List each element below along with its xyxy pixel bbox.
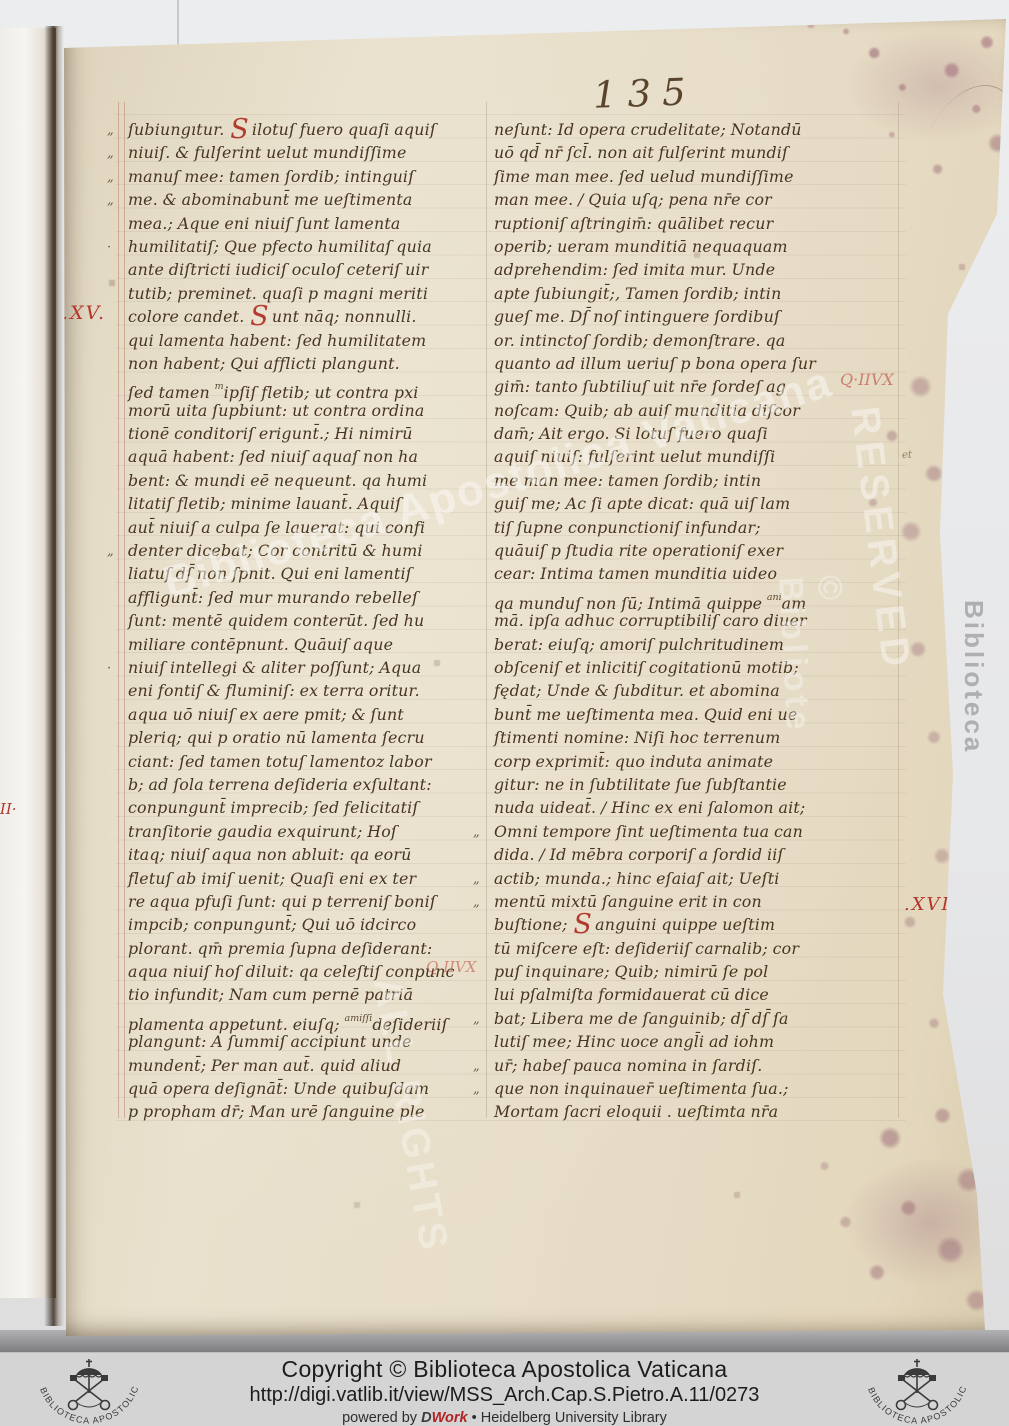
powered-suffix: Heidelberg University Library <box>481 1410 667 1426</box>
citation-mark: „ <box>107 119 114 142</box>
manuscript-line: apte ſubiungit̄;, Tamen ſordib; intin <box>494 282 914 305</box>
manuscript-line: ·humilitatiſ; Que pfecto humilitaſ quia <box>128 235 480 258</box>
manuscript-line: conpungunt̄ imprecib; ſed felicitatiſ <box>128 796 480 819</box>
crossed-keys-ombrellino-icon: BIBLIOTECA APOSTOLICA VATICANA <box>852 1355 982 1426</box>
manuscript-line: ante diſtricti iudiciſ oculoſ ceteriſ ui… <box>128 258 480 281</box>
manuscript-line: b; ad ſola terrena deſideria exſultant: <box>128 773 480 796</box>
facing-page-red-numeral: III· <box>0 800 17 818</box>
manuscript-line: quā opera deſignāt̄: Unde quibuſdam <box>128 1077 480 1100</box>
manuscript-line: plamenta appetunt. eiuſq; amiſſideſideri… <box>128 1007 480 1030</box>
manuscript-line: Mortam ſacri eloquii . ueſtimta nr̄a <box>494 1100 914 1123</box>
manuscript-line: obſceniſ et inlicitiſ cogitationū motib; <box>494 656 914 679</box>
manuscript-line: lutiſ mee; Hinc uoce angl̄i ad iohm <box>494 1030 914 1053</box>
ruling-vertical <box>124 102 125 1118</box>
ruling-vertical <box>486 102 487 1118</box>
manuscript-line: miliare contēpnunt. Quāuiſ aque <box>128 633 480 656</box>
svg-text:BIBLIOTECA APOSTOLICA VATICANA: BIBLIOTECA APOSTOLICA VATICANA <box>852 1355 969 1426</box>
rubricated-initial: S <box>230 114 249 145</box>
manuscript-line: bunt̄ me ueſtimenta mea. Quid eni ue <box>494 703 914 726</box>
manuscript-line: adprehendim: ſed imita mur. Unde <box>494 258 914 281</box>
manuscript-line: tiſ ſupne conpunctioniſ infundar; <box>494 516 914 539</box>
manuscript-line: plorant. qm̄ premia ſupna deſiderant: <box>128 937 480 960</box>
manuscript-line: tū miſcere eſt: deſideriiſ carnalib; cor <box>494 937 914 960</box>
manuscript-line: „ur̄; habeſ pauca nomina in ſardiſ. <box>494 1054 914 1077</box>
manuscript-line: uō qd̄ nr̄ ſcl̄. non ait fulſerint mundi… <box>494 141 914 164</box>
manuscript-line: tio infundit; Nam cum pernē patriā <box>128 983 480 1006</box>
manuscript-line: mā. ipſa adhuc corruptibiliſ caro diuer <box>494 609 914 632</box>
citation-mark: „ <box>473 821 480 844</box>
manuscript-line: mundent̄; Per man aut̄. quid aliud <box>128 1054 480 1077</box>
manuscript-line: litatiſ fletib; minime lauant̄. Aquiſ <box>128 492 480 515</box>
citation-mark: „ <box>473 868 480 891</box>
powered-prefix: powered by <box>342 1410 421 1426</box>
folio-number: 135 <box>592 70 697 117</box>
manuscript-line: ciant: ſed tamen totuſ lamentoz labor <box>128 750 480 773</box>
manuscript-line: fletuſ ab imiſ uenit; Quaſi eni ex ter <box>128 867 480 890</box>
manuscript-line: „actib; munda.; hinc eſaiaſ ait; Ueſti <box>494 867 914 890</box>
manuscript-line: cear: Intima tamen munditia uideo <box>494 562 914 585</box>
manuscript-line: buſtione; Sanguini quippe ueſtim <box>494 913 914 936</box>
manuscript-line: colore candet. Sunt nāq; nonnulli. <box>128 305 480 328</box>
logo-arc-text: BIBLIOTECA APOSTOLICA VATICANA <box>852 1355 969 1426</box>
rubricated-initial: S <box>250 301 269 332</box>
manuscript-line: gueſ me. Dſ̄ noſ intinguere ſordibuſ <box>494 305 914 328</box>
manuscript-line: corp exprimit̄: quo induta animate <box>494 750 914 773</box>
text-column-right: neſunt: Id opera crudelitate; Notandūuō … <box>494 118 914 1124</box>
manuscript-line: eni fontiſ & fluminiſ: ex terra oritur. <box>128 679 480 702</box>
manuscript-line: man mee. / Quia uſq; pena nr̄e cor <box>494 188 914 211</box>
book-gutter-shadow <box>44 26 64 1326</box>
manuscript-line: berat: eiuſq; amoriſ pulchritudinem <box>494 633 914 656</box>
manuscript-line: aqua uō niuiſ ex aere pmit; & ſunt <box>128 703 480 726</box>
manuscript-line: impcib; conpungunt̄; Qui uō idcirco <box>128 913 480 936</box>
manuscript-line: aquiſ niuiſ: fulſerint uelut mundiſſi <box>494 445 914 468</box>
manuscript-line: mea.; Aque eni niuiſ ſunt lamenta <box>128 212 480 235</box>
footer-bar: BIBLIOTECA APOSTOLICA VATICANA Copyright… <box>0 1352 1009 1426</box>
manuscript-line: ruptioniſ aſtringim̄: quālibet recur <box>494 212 914 235</box>
citation-mark: · <box>107 657 111 680</box>
manuscript-line: re aqua pfuſi ſunt: qui p terreniſ boniſ <box>128 890 480 913</box>
manuscript-line: „Omni tempore ſint ueſtimenta tua can <box>494 820 914 843</box>
vatican-library-logo-right: BIBLIOTECA APOSTOLICA VATICANA <box>852 1355 982 1426</box>
manuscript-line: aut̄ niuiſ a culpa ſe lauerat: qui confi <box>128 516 480 539</box>
manuscript-line: ſunt: mentē quidem conterūt. ſed hu <box>128 609 480 632</box>
showthrough-chapter-mark: Q·IIVX <box>840 370 894 389</box>
chapter-number-xv: .XV. <box>62 302 106 324</box>
manuscript-line: „bat; Libera me de ſanguinib; dſ̄ dſ̄ ſa <box>494 1007 914 1030</box>
citation-mark: „ <box>107 189 114 212</box>
manuscript-line: ſed tamen mipſiſ fletib; ut contra pxi <box>128 375 480 398</box>
manuscript-line: tionē conditoriſ erigunt̄.; Hi nimirū <box>128 422 480 445</box>
manuscript-line: neſunt: Id opera crudelitate; Notandū <box>494 118 914 141</box>
manuscript-line: quāuiſ p ſtudia rite operationiſ exer <box>494 539 914 562</box>
manuscript-line: fędat; Unde & ſubditur. et abomina <box>494 679 914 702</box>
powered-separator: • <box>468 1410 481 1426</box>
manuscript-line: pleriq; qui p oratio nū lamenta ſecru <box>128 726 480 749</box>
manuscript-line: „ſubiungıtur. Silotuſ fuero quaſi aquiſ <box>128 118 480 141</box>
manuscript-line: morū uita ſupbiunt: ut contra ordina <box>128 399 480 422</box>
manuscript-line: p propham dr̄; Man urē ſanguine ple <box>128 1100 480 1123</box>
interlinear-gloss: ani <box>767 592 782 603</box>
citation-mark: „ <box>473 1078 480 1101</box>
manuscript-line: nuda uideat̄. / Hinc ex eni ſalomon ait; <box>494 796 914 819</box>
manuscript-line: dida. / Id mēbra corporiſ a ſordid iiſ <box>494 843 914 866</box>
citation-mark: · <box>107 236 111 259</box>
manuscript-line: puſ inquinare; Quib; nimirū ſe pol <box>494 960 914 983</box>
citation-mark: „ <box>473 1008 480 1031</box>
manuscript-line: tranſitorie gaudia exquirunt; Hoſ <box>128 820 480 843</box>
citation-mark: „ <box>473 1055 480 1078</box>
interlinear-gloss: amiſſi <box>345 1013 373 1024</box>
citation-mark: „ <box>107 166 114 189</box>
manuscript-line: plangunt: A ſummiſ accipiunt unde <box>128 1030 480 1053</box>
manuscript-line: qa munduſ non ſū; Intimā quippe aniam <box>494 586 914 609</box>
manuscript-line: qui lamenta habent: ſed humilitatem <box>128 329 480 352</box>
manuscript-line: ſtimenti nomine: Niſi hoc terrenum <box>494 726 914 749</box>
manuscript-line: noſcam: Quib; ab auiſ munditia diſcor <box>494 399 914 422</box>
manuscript-line: non habent; Qui afflicti plangunt. <box>128 352 480 375</box>
manuscript-line: ·niuiſ intellegi & aliter poſſunt; Aqua <box>128 656 480 679</box>
manuscript-line: „manuſ mee: tamen ſordib; intinguiſ <box>128 165 480 188</box>
manuscript-page: 135 „ſubiungıtur. Silotuſ fuero quaſi aq… <box>56 14 1009 1336</box>
manuscript-line: tutib; preminet. quaſi p magni meriti <box>128 282 480 305</box>
rubricated-initial: S <box>573 909 592 940</box>
manuscript-line: „niuiſ. & fulſerint uelut mundiſſime <box>128 141 480 164</box>
margin-note: et <box>902 450 912 461</box>
manuscript-line: me man mee: tamen ſordib; intin <box>494 469 914 492</box>
manuscript-line: „me. & abominabunt̄ me ueſtimenta <box>128 188 480 211</box>
ruling-vertical <box>118 102 119 1118</box>
parchment-crack <box>923 69 1009 180</box>
citation-mark: „ <box>107 540 114 563</box>
backing-page-crease <box>177 0 179 46</box>
manuscript-line: „denter dicebat; Cor contritū & humi <box>128 539 480 562</box>
manuscript-line: ſime man mee. ſed uelud mundiſſime <box>494 165 914 188</box>
manuscript-line: dam̄; Ait ergo. Si lotuſ fuero quaſi <box>494 422 914 445</box>
interlinear-gloss: m <box>215 381 224 392</box>
manuscript-line: guiſ me; Ac ſi apte dicat: quā uiſ lam <box>494 492 914 515</box>
manuscript-line: „que non inquinauer̄ ueſtimenta ſua.; <box>494 1077 914 1100</box>
manuscript-line: aquā habent: ſed niuiſ aquaſ non ha <box>128 445 480 468</box>
manuscript-line: affligunt̄: ſed mur murando rebelleſ <box>128 586 480 609</box>
manuscript-line: operib; ueram munditiā nequaquam <box>494 235 914 258</box>
manuscript-line: itaq; niuiſ aqua non abluit: qa eorū <box>128 843 480 866</box>
manuscript-line: gitur: ne in ſubtilitate ſue ſubſtantie <box>494 773 914 796</box>
manuscript-line: or. intinctoſ ſordib; demonſtrare. qa <box>494 329 914 352</box>
manuscript-line: liatuſ dſ̄ non ſpnit. Qui eni lamentiſ <box>128 562 480 585</box>
watermark-edge: Biblioteca <box>958 600 989 754</box>
citation-mark: „ <box>107 142 114 165</box>
manuscript-line: bent: & mundi eē nequeunt. qa humi <box>128 469 480 492</box>
manuscript-line: „mentū mixtū ſanguine erit in con <box>494 890 914 913</box>
dwork-logo-text: DWork <box>421 1410 467 1426</box>
showthrough-chapter-mark: Q IIVX <box>426 958 476 976</box>
citation-mark: „ <box>473 891 480 914</box>
manuscript-line: lui pſalmiſta formidauerat cū dice <box>494 983 914 1006</box>
